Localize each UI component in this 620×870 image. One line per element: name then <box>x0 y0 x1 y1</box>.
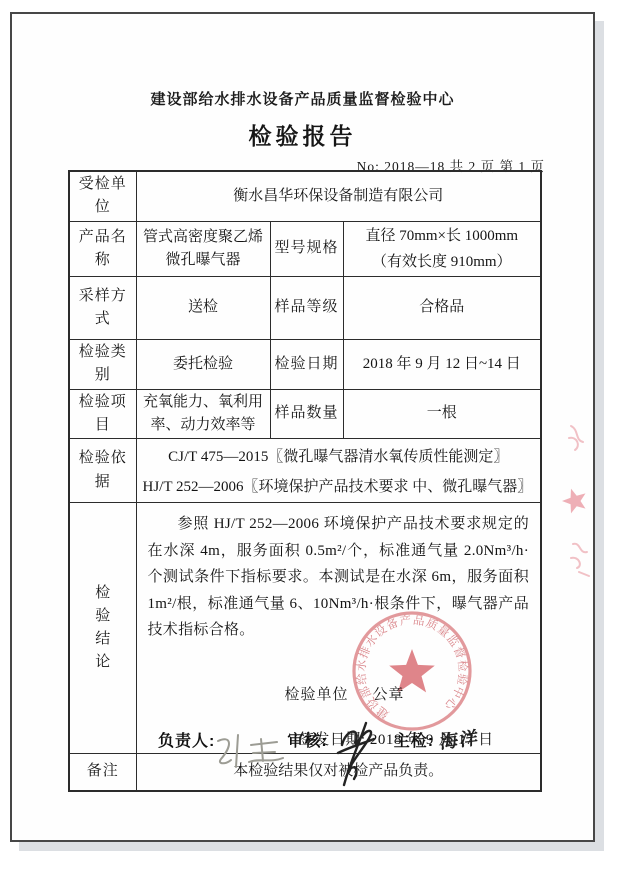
field-value: 委托检验 <box>136 340 270 390</box>
unit-seal-label: 公章 <box>373 684 405 707</box>
field-value: 送检 <box>136 277 270 340</box>
field-label: 受检单位 <box>69 171 136 221</box>
spec-line-2: （有效长度 910mm） <box>347 249 538 275</box>
basis-standard-2: HJ/T 252—2006〖环境保护产品技术要求 中、微孔曝气器〗 <box>140 476 538 499</box>
field-value: 一根 <box>343 389 541 439</box>
field-value: 管式高密度聚乙烯微孔曝气器 <box>136 221 270 277</box>
review-signature <box>330 719 380 789</box>
field-label: 样品等级 <box>270 277 343 340</box>
edge-seal-fragment <box>555 416 597 586</box>
inspection-basis: CJ/T 475—2015〖微孔曝气器清水氧传质性能测定〗 HJ/T 252—2… <box>136 439 541 503</box>
report-table: 受检单位 衡水昌华环保设备制造有限公司 产品名称 管式高密度聚乙烯微孔曝气器 型… <box>68 170 542 792</box>
table-row: 产品名称 管式高密度聚乙烯微孔曝气器 型号规格 直径 70mm×长 1000mm… <box>69 221 541 277</box>
conclusion-cell: 参照 HJ/T 252—2006 环境保护产品技术要求规定的在水深 4m，服务面… <box>136 503 541 754</box>
table-row: 检验类别 委托检验 检验日期 2018 年 9 月 12 日~14 日 <box>69 340 541 390</box>
table-row: 检验项目 充氧能力、氧利用率、动力效率等 样品数量 一根 <box>69 389 541 439</box>
table-row: 受检单位 衡水昌华环保设备制造有限公司 <box>69 171 541 221</box>
field-label: 检验结论 <box>69 503 136 754</box>
table-row: 采样方式 送检 样品等级 合格品 <box>69 277 541 340</box>
spec-line-1: 直径 70mm×长 1000mm <box>347 223 538 249</box>
review-label: 审核: <box>287 728 327 751</box>
field-label: 型号规格 <box>270 221 343 277</box>
basis-standard-1: CJ/T 475—2015〖微孔曝气器清水氧传质性能测定〗 <box>140 446 538 469</box>
field-value: 2018 年 9 月 12 日~14 日 <box>343 340 541 390</box>
field-label: 检验项目 <box>69 389 136 439</box>
report-title: 检验报告 <box>12 118 593 151</box>
table-row: 检验结论 参照 HJ/T 252—2006 环境保护产品技术要求规定的在水深 4… <box>69 503 541 754</box>
conclusion-paragraph: 参照 HJ/T 252—2006 环境保护产品技术要求规定的在水深 4m，服务面… <box>148 511 530 644</box>
field-label: 产品名称 <box>69 221 136 277</box>
inspection-unit-line: 检验单位 公章 <box>285 684 538 707</box>
unit-label: 检验单位 <box>285 684 349 707</box>
field-label: 检验类别 <box>69 340 136 390</box>
field-value: 充氧能力、氧利用率、动力效率等 <box>136 389 270 439</box>
field-label: 样品数量 <box>270 389 343 439</box>
lead-signature <box>211 727 287 771</box>
field-label: 检验依据 <box>69 439 136 503</box>
conclusion-label-vertical: 检验结论 <box>94 582 112 674</box>
report-page: 建设部给水排水设备产品质量监督检验中心 检验报告 No: 2018—18 共 2… <box>10 12 595 842</box>
field-label: 采样方式 <box>69 277 136 340</box>
inspector-label: 主检: <box>394 728 434 751</box>
field-value: 衡水昌华环保设备制造有限公司 <box>136 171 541 221</box>
field-label: 备注 <box>69 754 136 791</box>
lead-label: 负责人: <box>158 728 215 751</box>
inspector-signature: 海洋 <box>440 723 480 754</box>
edge-seal-star-icon <box>562 489 586 514</box>
signature-row: 负责人: 审核: 主检: 海洋 <box>158 725 480 789</box>
field-value: 直径 70mm×长 1000mm （有效长度 910mm） <box>343 221 541 277</box>
field-label: 检验日期 <box>270 340 343 390</box>
table-row: 检验依据 CJ/T 475—2015〖微孔曝气器清水氧传质性能测定〗 HJ/T … <box>69 439 541 503</box>
field-value: 合格品 <box>343 277 541 340</box>
org-title: 建设部给水排水设备产品质量监督检验中心 <box>12 88 593 109</box>
